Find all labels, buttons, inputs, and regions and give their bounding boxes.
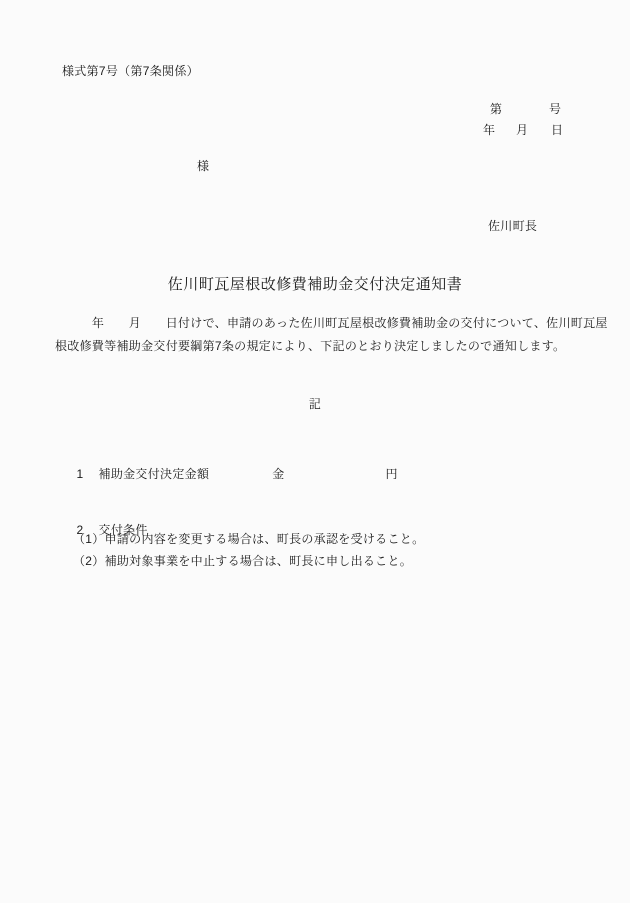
item2-condition-2: （2）補助対象事業を中止する場合は、町長に申し出ること。	[73, 554, 412, 568]
item1-number: 1	[77, 467, 84, 481]
addressee-honorific: 様	[197, 159, 209, 173]
item1-row: 1補助金交付決定金額金円	[62, 453, 398, 496]
document-page: 様式第7号（第7条関係） 第 号 年 月 日 様 佐川町長 佐川町瓦屋根改修費補…	[0, 0, 630, 903]
item2-condition-1: （1）申請の内容を変更する場合は、町長の承認を受けること。	[73, 532, 424, 546]
document-title: 佐川町瓦屋根改修費補助金交付決定通知書	[0, 276, 630, 294]
item1-amount-suffix: 円	[386, 467, 398, 481]
note-marker: 記	[0, 397, 630, 411]
body-paragraph-line2: 根改修費等補助金交付要綱第7条の規定により、下記のとおり決定しましたので通知しま…	[55, 339, 565, 353]
body-paragraph-line1: 年 月 日付けで、申請のあった佐川町瓦屋根改修費補助金の交付について、佐川町瓦屋	[55, 316, 608, 330]
item1-amount-prefix: 金	[272, 467, 284, 481]
date-day-label: 日	[551, 123, 563, 137]
date-month-label: 月	[516, 123, 528, 137]
doc-number-suffix: 号	[549, 102, 561, 116]
item1-label: 補助金交付決定金額	[99, 467, 210, 481]
sender-name: 佐川町長	[488, 219, 537, 233]
date-year-label: 年	[483, 123, 495, 137]
form-number: 様式第7号（第7条関係）	[62, 64, 199, 78]
doc-number-prefix: 第	[490, 102, 502, 116]
